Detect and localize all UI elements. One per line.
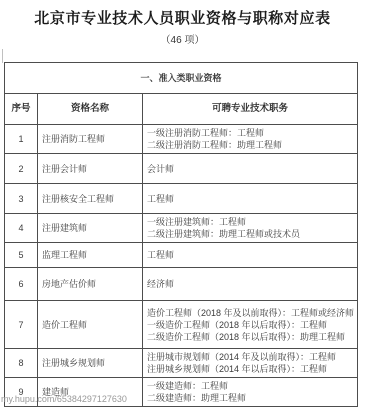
position-line: 造价工程师（2018 年及以前取得）：工程师或经济师 [147, 307, 353, 319]
row-number: 7 [5, 301, 38, 349]
section-header-row: 一、准入类职业资格 [5, 63, 358, 94]
position-line: 经济师 [147, 278, 353, 290]
row-number: 3 [5, 184, 38, 214]
qualification-name: 监理工程师 [38, 243, 143, 268]
table-body: 1 注册消防工程师 一级注册消防工程师：工程师二级注册消防工程师：助理工程师 2… [5, 125, 358, 407]
qualification-name: 注册核安全工程师 [38, 184, 143, 214]
row-number: 5 [5, 243, 38, 268]
position-list: 造价工程师（2018 年及以前取得）：工程师或经济师一级造价工程师（2018 年… [143, 301, 358, 349]
row-number: 6 [5, 268, 38, 301]
table-row: 8 注册城乡规划师 注册城市规划师（2014 年及以前取得）：工程师注册城乡规划… [5, 349, 358, 378]
position-list: 一级注册建筑师：工程师二级注册建筑师：助理工程师或技术员 [143, 214, 358, 243]
row-number: 2 [5, 154, 38, 184]
position-line: 注册城乡规划师（2014 年以后取得）：工程师 [147, 363, 353, 375]
position-line: 二级注册消防工程师：助理工程师 [147, 139, 353, 151]
table-row: 5 监理工程师 工程师 [5, 243, 358, 268]
section-header: 一、准入类职业资格 [5, 63, 358, 94]
qualification-name: 造价工程师 [38, 301, 143, 349]
row-number: 1 [5, 125, 38, 154]
scan-artifact [2, 49, 3, 63]
column-header-no: 序号 [5, 94, 38, 125]
position-line: 一级造价工程师（2018 年以后取得）：工程师 [147, 319, 353, 331]
table-row: 3 注册核安全工程师 工程师 [5, 184, 358, 214]
row-number: 8 [5, 349, 38, 378]
page-subtitle: （46 项） [0, 31, 365, 46]
column-header-row: 序号 资格名称 可聘专业技术职务 [5, 94, 358, 125]
position-list: 工程师 [143, 243, 358, 268]
table-row: 2 注册会计师 会计师 [5, 154, 358, 184]
qualification-name: 注册城乡规划师 [38, 349, 143, 378]
column-header-name: 资格名称 [38, 94, 143, 125]
qualification-table: 一、准入类职业资格 序号 资格名称 可聘专业技术职务 1 注册消防工程师 一级注… [4, 62, 358, 407]
position-line: 一级注册建筑师：工程师 [147, 216, 353, 228]
position-line: 会计师 [147, 163, 353, 175]
position-line: 二级注册建筑师：助理工程师或技术员 [147, 228, 353, 240]
position-list: 一级注册消防工程师：工程师二级注册消防工程师：助理工程师 [143, 125, 358, 154]
position-list: 经济师 [143, 268, 358, 301]
position-list: 注册城市规划师（2014 年及以前取得）：工程师注册城乡规划师（2014 年以后… [143, 349, 358, 378]
watermark: my.hupu.com/65384297127630 [1, 394, 127, 404]
position-line: 一级注册消防工程师：工程师 [147, 127, 353, 139]
position-line: 二级造价工程师（2018 年以后取得）：助理工程师 [147, 331, 353, 343]
position-line: 一级建造师：工程师 [147, 380, 353, 392]
position-line: 二级建造师：助理工程师 [147, 392, 353, 404]
column-header-positions: 可聘专业技术职务 [143, 94, 358, 125]
table-row: 4 注册建筑师 一级注册建筑师：工程师二级注册建筑师：助理工程师或技术员 [5, 214, 358, 243]
position-line: 工程师 [147, 249, 353, 261]
position-line: 工程师 [147, 193, 353, 205]
qualification-name: 注册建筑师 [38, 214, 143, 243]
position-list: 一级建造师：工程师二级建造师：助理工程师 [143, 378, 358, 407]
qualification-name: 注册会计师 [38, 154, 143, 184]
position-line: 注册城市规划师（2014 年及以前取得）：工程师 [147, 351, 353, 363]
table-row: 1 注册消防工程师 一级注册消防工程师：工程师二级注册消防工程师：助理工程师 [5, 125, 358, 154]
qualification-name: 注册消防工程师 [38, 125, 143, 154]
document-page: 北京市专业技术人员职业资格与职称对应表 （46 项） 一、准入类职业资格 序号 … [0, 0, 365, 408]
position-list: 会计师 [143, 154, 358, 184]
position-list: 工程师 [143, 184, 358, 214]
table-row: 7 造价工程师 造价工程师（2018 年及以前取得）：工程师或经济师一级造价工程… [5, 301, 358, 349]
table-row: 6 房地产估价师 经济师 [5, 268, 358, 301]
row-number: 4 [5, 214, 38, 243]
page-title: 北京市专业技术人员职业资格与职称对应表 [0, 7, 365, 28]
qualification-name: 房地产估价师 [38, 268, 143, 301]
